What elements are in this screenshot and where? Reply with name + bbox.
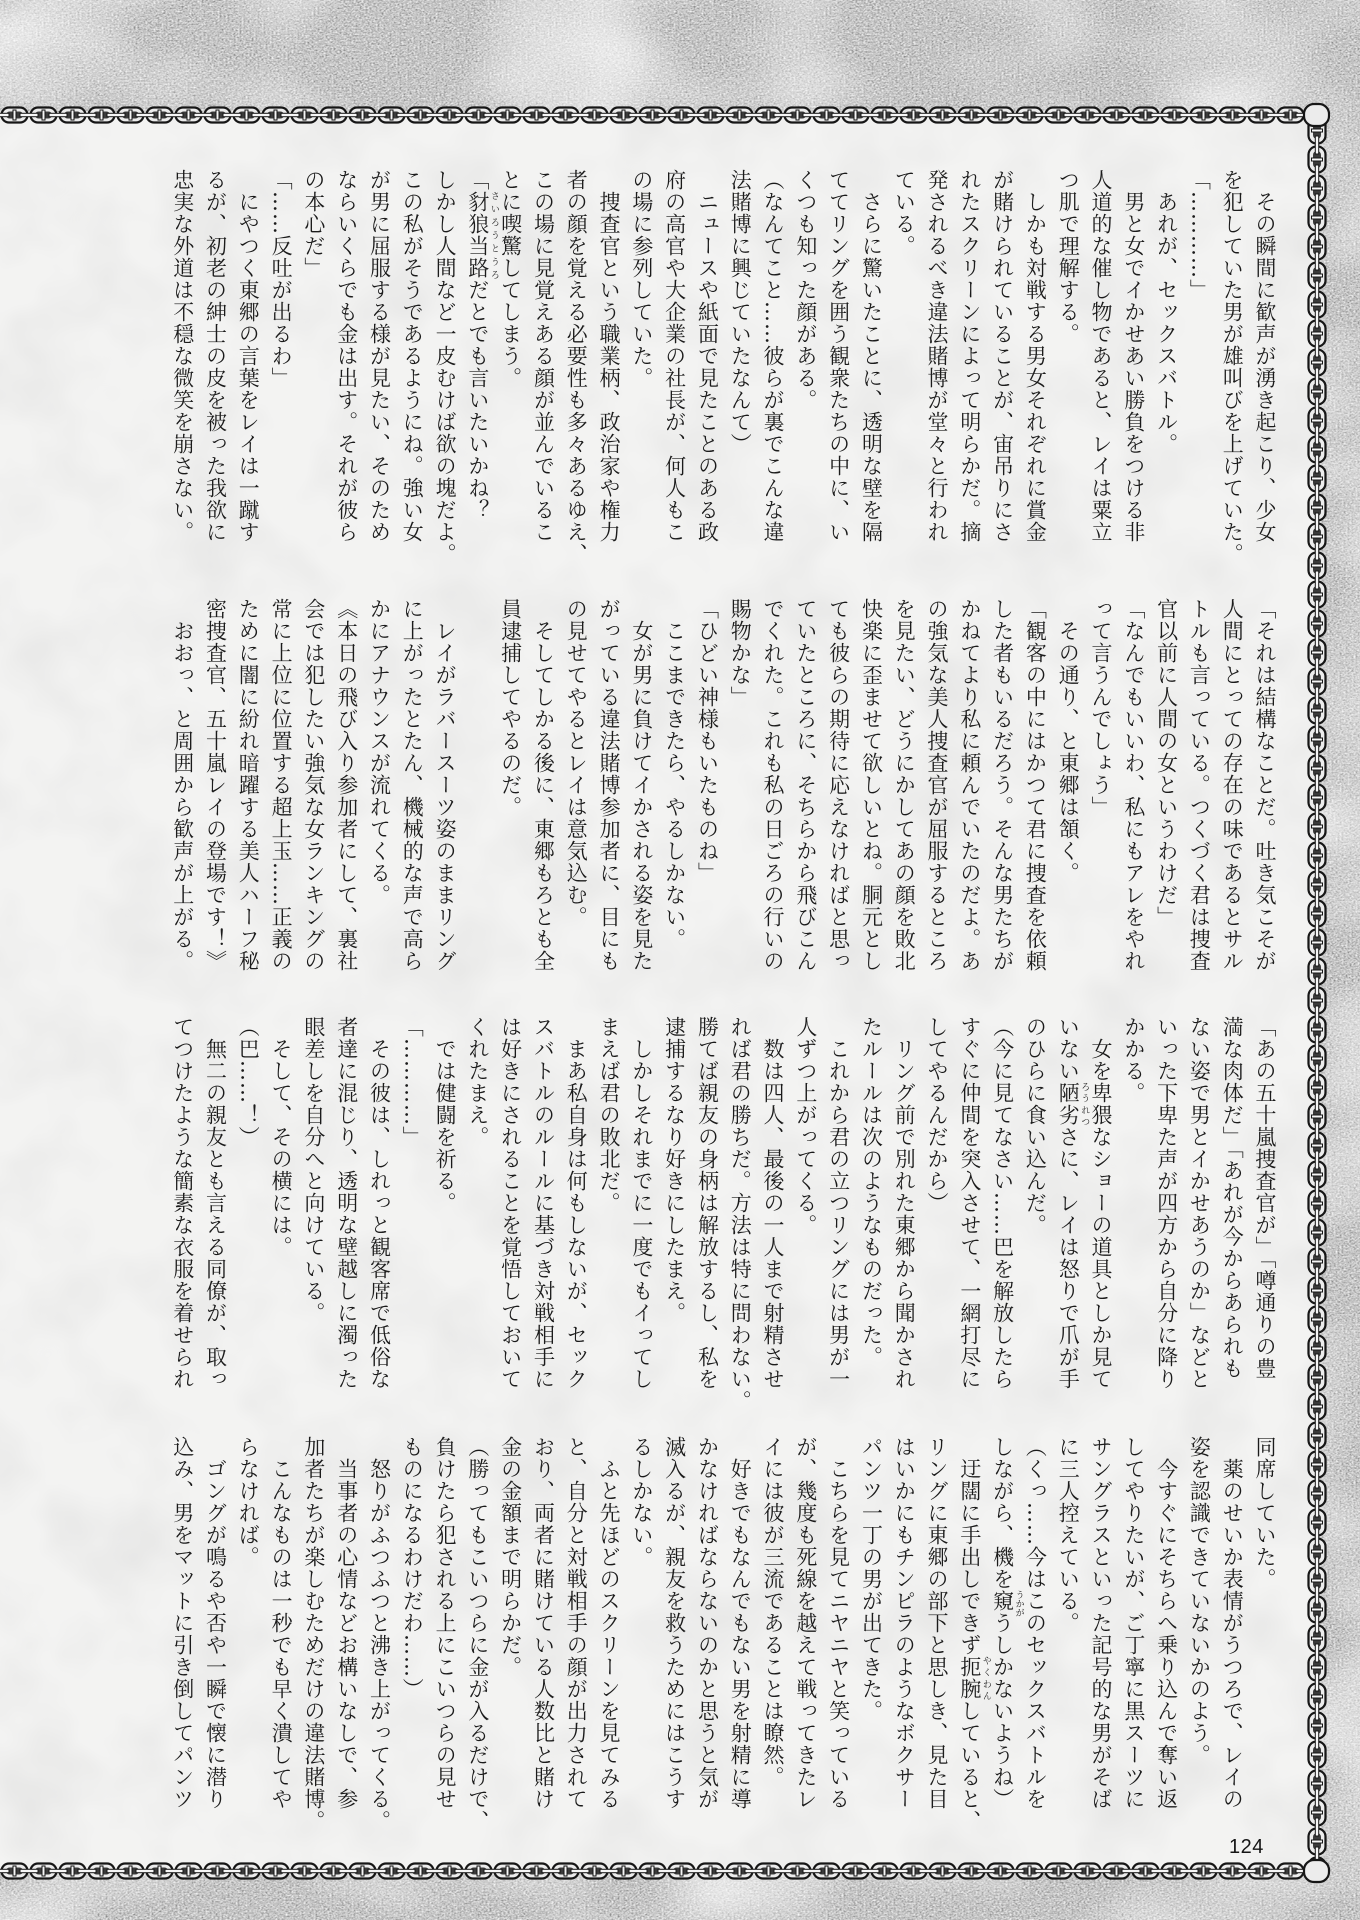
text-column: そして、その横には。 [264, 1016, 297, 1408]
text-column: るが、初老の紳士の皮を被った我欲に [199, 169, 232, 561]
text-column: 満な肉体だ」「あれが今からあられも [1215, 1016, 1248, 1408]
text-column: 密捜査官、五十嵐レイの登場です！》 [199, 598, 232, 990]
text-column: 姿を認識できていないかのよう。 [1183, 1436, 1216, 1828]
text-column: 常に上位に位置する超上玉……正義の [264, 598, 297, 990]
text-column: ここまできたら、やるしかない。 [658, 598, 691, 990]
text-column: パンツ一丁の男が出てきた。 [855, 1436, 888, 1828]
ruby-annotation: ろうれつ [1079, 1082, 1088, 1126]
blank-column-scene-break [461, 598, 494, 990]
text-column: かなければならないのかと思うと気が [691, 1436, 724, 1828]
text-column: トルも言っている。つくづく君は捜査 [1183, 598, 1216, 990]
text-band-4: 同席していた。 薬のせいか表情がうつろで、レイの 姿を認識できていないかのよう。… [165, 1436, 1281, 1836]
text-column: （勝ってもこいつらに金が入るだけで、 [461, 1436, 494, 1828]
text-column: 逮捕するなり好きにしたまえ。 [658, 1016, 691, 1408]
text-column: いった下卑た声が四方から自分に降り [1150, 1016, 1183, 1408]
chain-border-top [0, 106, 1318, 124]
text-column: すぐに仲間を突入させて、一網打尽に [953, 1016, 986, 1408]
text-column: 府の高官や大企業の社長が、何人もこ [658, 169, 691, 561]
text-column: 込み、男をマットに引き倒してパンツ [166, 1436, 199, 1828]
text-column: この私がそうであるようにね。強い女 [395, 169, 428, 561]
text-column: 員逮捕してやるのだ。 [494, 598, 527, 990]
column-text: いない陋劣さに、レイは怒りで爪が手 [1056, 1016, 1080, 1390]
text-column: の場に参列していた。 [625, 169, 658, 561]
page-number: 124 [1229, 1836, 1264, 1859]
text-column: は好きにされることを覚悟しておいて [494, 1016, 527, 1408]
text-column: 人ずつ上がってくる。 [789, 1016, 822, 1408]
text-column: ていたところに、そちらから飛びこん [789, 598, 822, 990]
text-column: 「…………」 [1183, 169, 1216, 561]
text-column: 法賭博に興じていたなんて） [723, 169, 756, 561]
text-column: 「あの五十嵐捜査官が」「噂通りの豊 [1248, 1016, 1281, 1408]
text-column: るしかない。 [625, 1436, 658, 1828]
text-column: 《本日の飛び入り参加者にして、裏社 [330, 598, 363, 990]
text-column: その彼は、しれっと観客席で低俗な [363, 1016, 396, 1408]
text-column: 負けたら犯される上にこいつらの見せ [428, 1436, 461, 1828]
text-column: 数は四人、最後の一人まで射精させ [756, 1016, 789, 1408]
text-column: くつも知った顔がある。 [789, 169, 822, 561]
text-column: 会では犯したい強気な女ランキングの [297, 598, 330, 990]
text-column: まあ私自身は何もしないが、セック [559, 1016, 592, 1408]
text-column: 無二の親友とも言える同僚が、取っ [199, 1016, 232, 1408]
text-column: まえば君の敗北だ。 [592, 1016, 625, 1408]
text-column: の見せてやるとレイは意気込む。 [559, 598, 592, 990]
text-column: に上がったとたん、機械的な声で高ら [395, 598, 428, 990]
text-column: が賭けられていることが、宙吊りにさ [986, 169, 1019, 561]
text-column: 眼差しを自分へと向けている。 [297, 1016, 330, 1408]
text-column: と、自分と対戦相手の顔が出力されて [559, 1436, 592, 1828]
text-column: しかも対戦する男女それぞれに賞金 [1019, 169, 1052, 561]
text-column: スバトルのルールに基づき対戦相手に [527, 1016, 560, 1408]
text-column: してやりたいが、ご丁寧に黒スーツに [1117, 1436, 1150, 1828]
text-column: 「……反吐が出るわ」 [264, 169, 297, 561]
text-column: しかしそれまでに一度でもイってし [625, 1016, 658, 1408]
text-column: した者もいるだろう。そんな男たちが [986, 598, 1019, 990]
text-column: 女が男に負けてイかされる姿を見た [625, 598, 658, 990]
text-column: はいかにもチンピラのようなボクサー [887, 1436, 920, 1828]
text-column: らなければ。 [232, 1436, 265, 1828]
text-column: リング前で別れた東郷から聞かされ [887, 1016, 920, 1408]
text-column: の本心だ」 [297, 169, 330, 561]
ruby-annotation: うかが [1014, 1590, 1023, 1612]
text-column: してやるんだから） [920, 1016, 953, 1408]
text-column: 人間にとっての存在の味であるとサル [1215, 598, 1248, 990]
column-text: 迂闊に手出しできず扼腕していると、 [958, 1436, 982, 1832]
chain-corner-bottom-right [1304, 1860, 1329, 1882]
column-text: 「豺狼当路だとでも言いたいかね？ [466, 169, 490, 521]
text-column: （くっ……今はこのセックスバトルを [1019, 1436, 1052, 1828]
text-column: ふと先ほどのスクリーンを見てみる [592, 1436, 625, 1828]
text-column: を犯していた男が雄叫びを上げていた。 [1215, 169, 1248, 561]
text-column: 人道的な催し物であると、レイは粟立 [1084, 169, 1117, 561]
text-column: 賜物かな」 [723, 598, 756, 990]
text-column: 女を卑猥なショーの道具としか見て [1084, 1016, 1117, 1408]
text-column: れば君の勝ちだ。方法は特に問わない。 [723, 1016, 756, 1408]
text-column: その瞬間に歓声が湧き起こり、少女 [1248, 169, 1281, 561]
text-column: ゴングが鳴るや否や一瞬で懐に潜り [199, 1436, 232, 1828]
chain-border-bottom [0, 1862, 1318, 1880]
text-column: 今すぐにそちらへ乗り込んで奪い返 [1150, 1436, 1183, 1828]
text-column: （今に見てなさい……巴を解放したら [986, 1016, 1019, 1408]
text-column: の強気な美人捜査官が屈服するところ [920, 598, 953, 990]
text-column: 薬のせいか表情がうつろで、レイの [1215, 1436, 1248, 1828]
text-column: 滅入るが、親友を救うためにはこうす [658, 1436, 691, 1828]
text-column: がっている違法賭博参加者に、目にも [592, 598, 625, 990]
text-column: 捜査官という職業柄、政治家や権力 [592, 169, 625, 561]
text-column: 発されるべき違法賭博が堂々と行われ [920, 169, 953, 561]
text-column: でくれた。これも私の日ごろの行いの [756, 598, 789, 990]
text-column: 忠実な外道は不穏な微笑を崩さない。 [166, 169, 199, 561]
text-column: かかる。 [1117, 1016, 1150, 1408]
text-column: ならいくらでも金は出す。それが彼ら [330, 169, 363, 561]
text-column: ない姿で男とイかせあうのか」などと [1183, 1016, 1216, 1408]
text-column: その通り、と東郷は頷く。 [1051, 598, 1084, 990]
text-column: にやつく東郷の言葉をレイは一蹴す [232, 169, 265, 561]
text-column: しかし人間など一皮むけば欲の塊だよ。 [428, 169, 461, 561]
text-column: 「…………」 [395, 1016, 428, 1408]
text-column: ものになるわけだわ……） [395, 1436, 428, 1828]
column-text: しながら、機を窺うしかないようね） [991, 1436, 1015, 1810]
text-column: 「ひどい神様もいたものね」 [691, 598, 724, 990]
text-column: 者の顔を覚える必要性も多々あるゆえ、 [559, 169, 592, 561]
text-column: に三人控えている。 [1051, 1436, 1084, 1828]
text-band-2: 「それは結構なことだ。吐き気こそが 人間にとっての存在の味であるとサル トルも言… [165, 598, 1281, 998]
text-column: 官以前に人間の女というわけだ」 [1150, 598, 1183, 990]
text-column: 加者たちが楽しむためだけの違法賭博。 [297, 1436, 330, 1828]
text-column: リングに東郷の部下と思しき、見た目 [920, 1436, 953, 1828]
text-column: サングラスといった記号的な男がそば [1084, 1436, 1117, 1828]
text-column: 好きでもなんでもない男を射精に導 [723, 1436, 756, 1828]
text-column: さらに驚いたことに、透明な壁を隔 [855, 169, 888, 561]
text-column: が、幾度も死線を越えて戦ってきたレ [789, 1436, 822, 1828]
text-column: この場に見覚えある顔が並んでいるこ [527, 169, 560, 561]
text-column: かにアナウンスが流れてくる。 [363, 598, 396, 990]
text-column: （巴……！） [232, 1016, 265, 1408]
text-column: ててリングを囲う観衆たちの中に、い [822, 169, 855, 561]
chain-border-right [1307, 112, 1327, 1872]
text-column: 同席していた。 [1248, 1436, 1281, 1828]
ruby-annotation: やくわん [981, 1656, 990, 1700]
text-column: ている。 [887, 169, 920, 561]
text-column: 「観客の中にはかつて君に捜査を依頼 [1019, 598, 1052, 990]
text-column: ても彼らの期待に応えなければと思っ [822, 598, 855, 990]
text-column: おり、両者に賭けている人数比と賭け [527, 1436, 560, 1828]
text-column-with-ruby: 迂闊に手出しできず扼腕していると、 やくわん [953, 1436, 986, 1828]
text-column: これから君の立つリングには男が一 [822, 1016, 855, 1408]
text-column: 当事者の心情などお構いなしで、参 [330, 1436, 363, 1828]
text-column-with-ruby: いない陋劣さに、レイは怒りで爪が手 ろうれつ [1051, 1016, 1084, 1408]
text-column: おおっ、と周囲から歓声が上がる。 [166, 598, 199, 990]
text-column: 快楽に歪ませて欲しいとね。胴元とし [855, 598, 888, 990]
text-column: こんなものは一秒でも早く潰してや [264, 1436, 297, 1828]
text-column: れたスクリーンによって明らかだ。摘 [953, 169, 986, 561]
text-column: では健闘を祈る。 [428, 1016, 461, 1408]
text-column: かねてより私に頼んでいたのだよ。あ [953, 598, 986, 990]
text-column: のひらに食い込んだ。 [1019, 1016, 1052, 1408]
text-column: 金の金額まで明らかだ。 [494, 1436, 527, 1828]
text-column: 「なんでもいいわ、私にもアレをやれ [1117, 598, 1150, 990]
text-column: 男と女でイかせあい勝負をつける非 [1117, 169, 1150, 561]
text-band-1: その瞬間に歓声が湧き起こり、少女 を犯していた男が雄叫びを上げていた。 「………… [165, 169, 1281, 569]
text-column: てつけたような簡素な衣服を着せられ [166, 1016, 199, 1408]
text-column: （なんてこと……彼らが裏でこんな違 [756, 169, 789, 561]
text-column: そしてしかる後に、東郷もろとも全 [527, 598, 560, 990]
text-column: が男に屈服する様が見たい、そのため [363, 169, 396, 561]
text-column: 怒りがふつふつと沸き上がってくる。 [363, 1436, 396, 1828]
text-column: を見たい、どうにかしてあの顔を敗北 [887, 598, 920, 990]
text-column: ために闇に紛れ暗躍する美人ハーフ秘 [232, 598, 265, 990]
text-column: つ肌で理解する。 [1051, 169, 1084, 561]
text-column: あれが、セックスバトル。 [1150, 169, 1183, 561]
text-column: 「それは結構なことだ。吐き気こそが [1248, 598, 1281, 990]
text-column: イには彼が三流であることは瞭然。 [756, 1436, 789, 1828]
text-column-with-ruby: しながら、機を窺うしかないようね） うかが [986, 1436, 1019, 1828]
text-column: くれたまえ。 [461, 1016, 494, 1408]
text-column: って言うんでしょう」 [1084, 598, 1117, 990]
text-column: レイがラバースーツ姿のままリング [428, 598, 461, 990]
text-column: こちらを見てニヤニヤと笑っている [822, 1436, 855, 1828]
text-column-with-ruby: 「豺狼当路だとでも言いたいかね？ さいろうとうろ [461, 169, 494, 561]
chain-corner-top-right [1304, 104, 1329, 126]
text-column: 勝てば親友の身柄は解放するし、私を [691, 1016, 724, 1408]
ruby-annotation: さいろうとうろ [489, 191, 498, 279]
text-column: ニュースや紙面で見たことのある政 [691, 169, 724, 561]
text-column: たルールは次のようなものだった。 [855, 1016, 888, 1408]
text-band-3: 「あの五十嵐捜査官が」「噂通りの豊 満な肉体だ」「あれが今からあられも ない姿で… [165, 1016, 1281, 1416]
text-column: 者達に混じり、透明な壁越しに濁った [330, 1016, 363, 1408]
